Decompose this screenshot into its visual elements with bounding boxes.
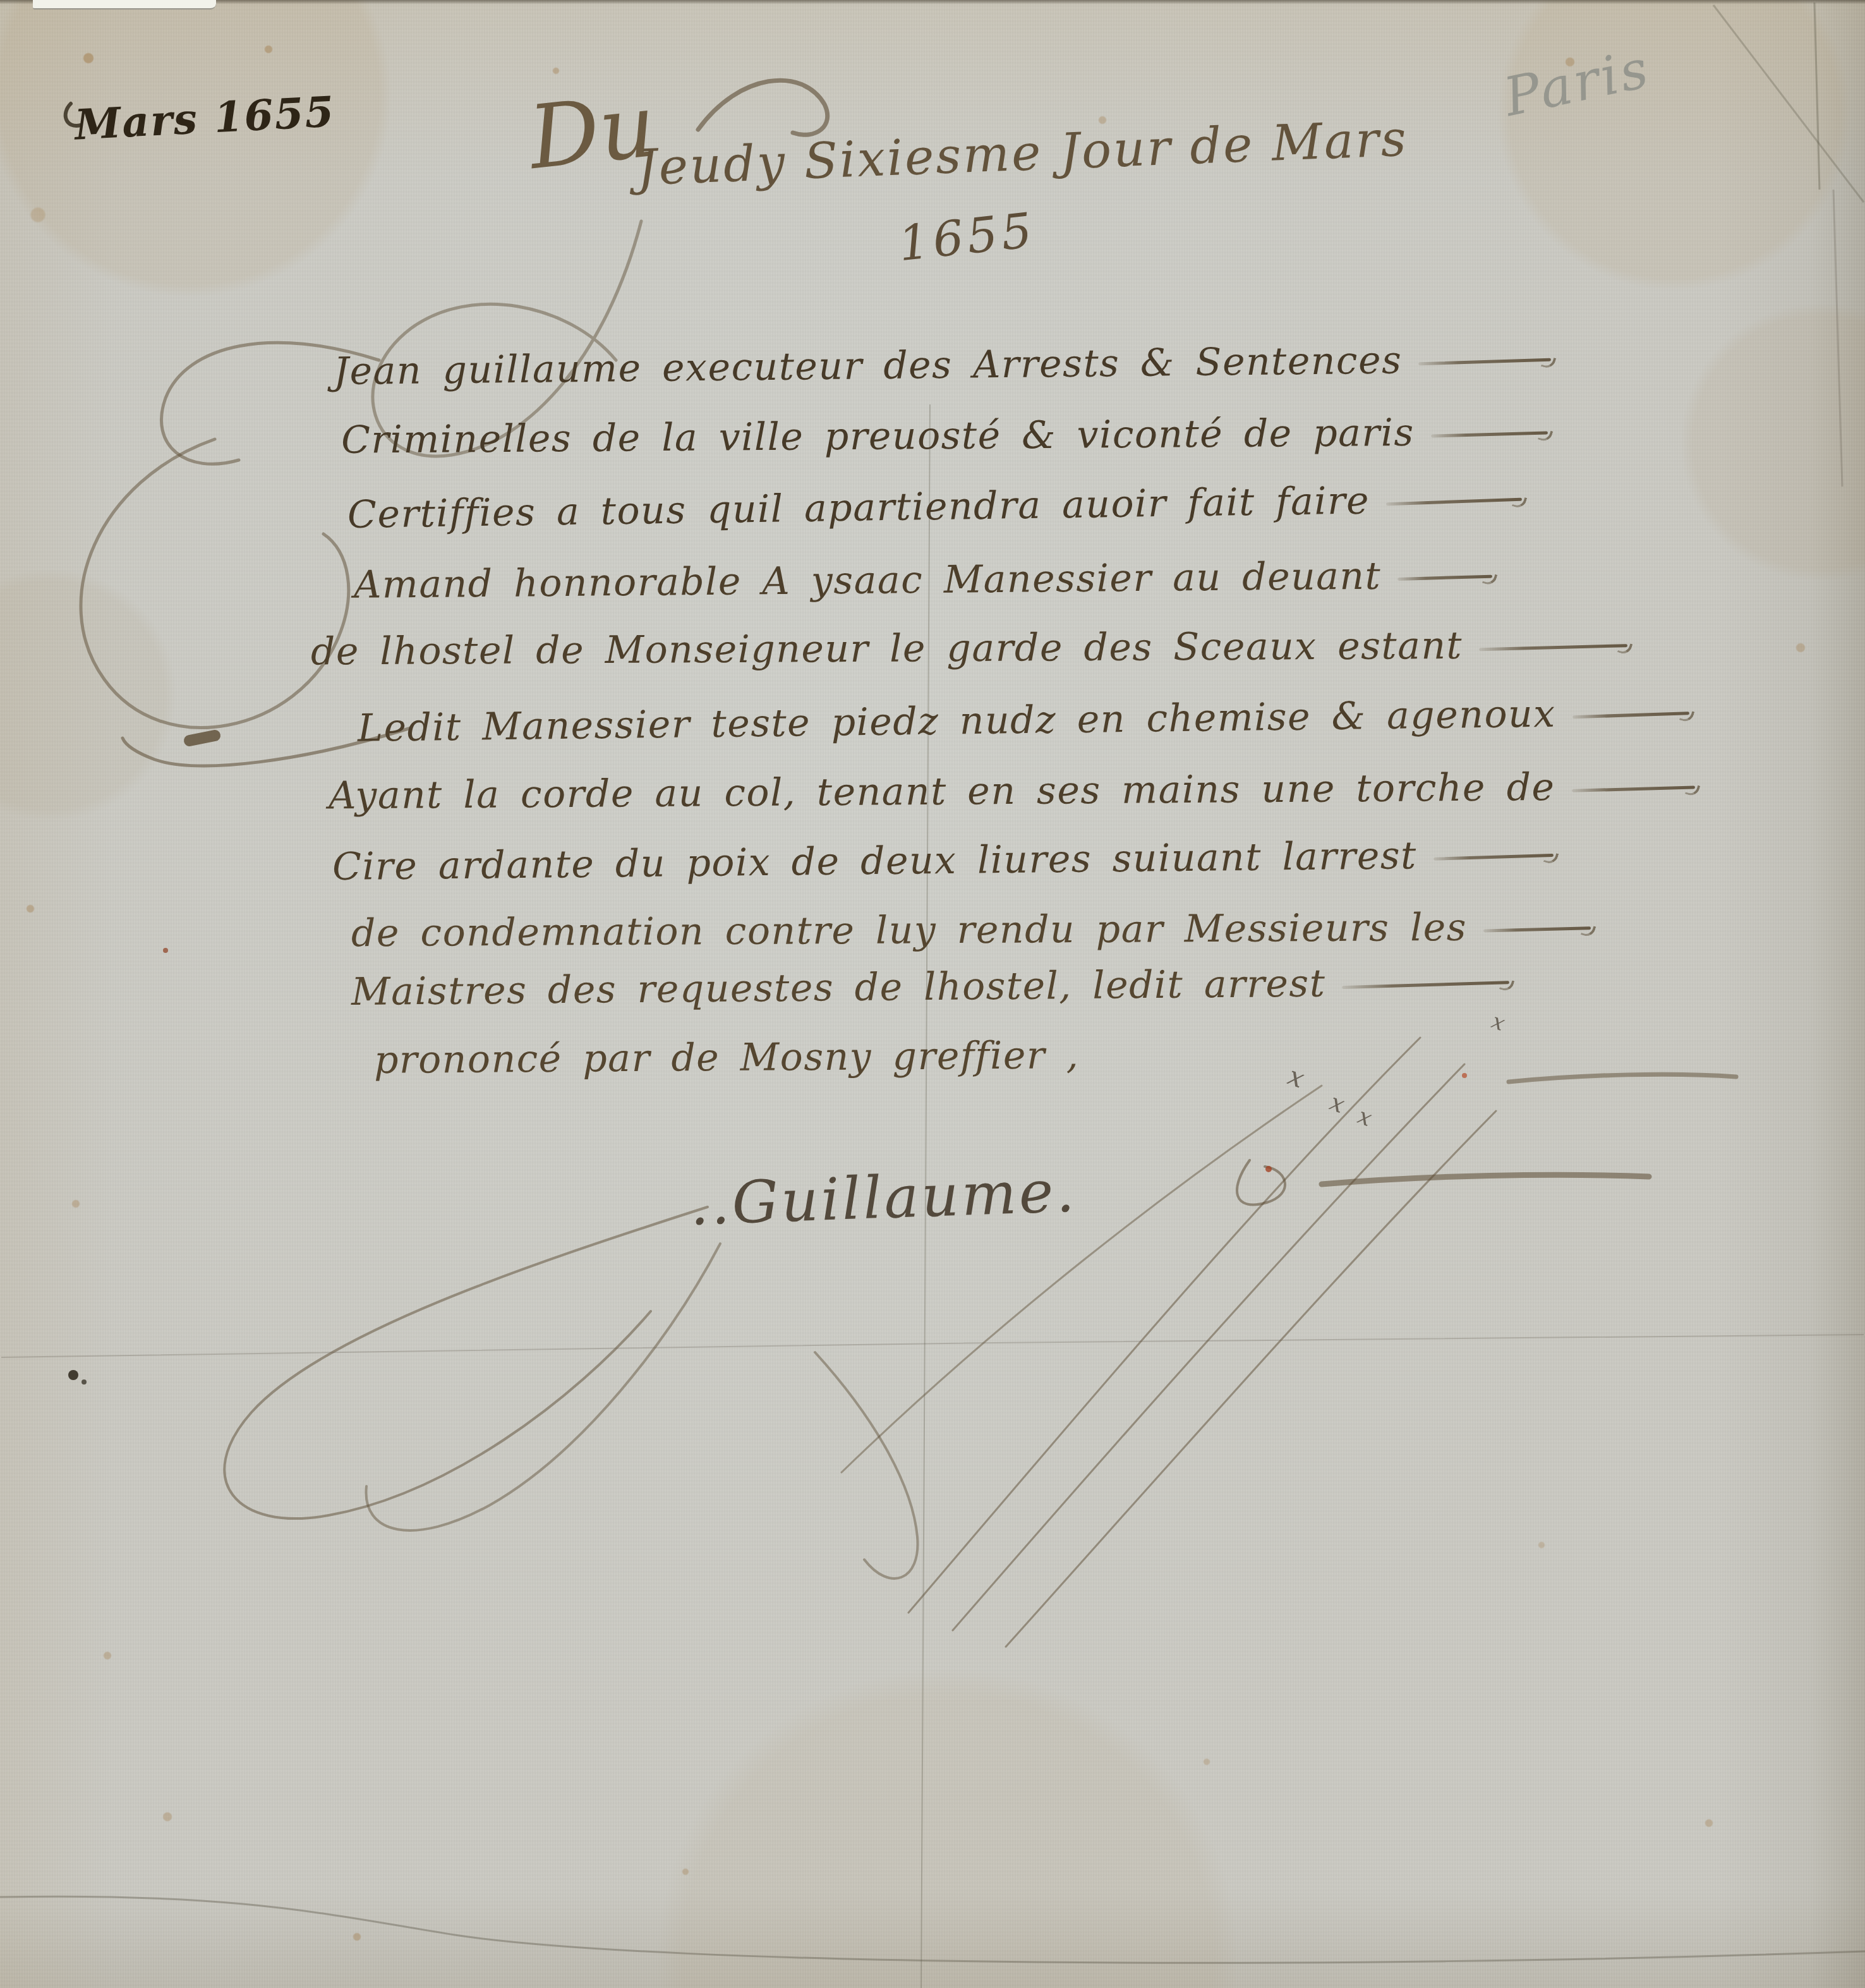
paraph-diagonal-1 [908, 1038, 1420, 1613]
signature-block: ..Guillaume. [689, 1157, 1078, 1238]
signature-suffix-dot: . [1054, 1157, 1078, 1225]
line-text: Maistres des requestes de lhostel, ledit… [351, 962, 1326, 1014]
line-end-dash [1571, 785, 1694, 792]
fold-crease-bottom [0, 1896, 1865, 1963]
paraph-zigzag [1237, 1160, 1285, 1204]
signature-curl-right [815, 1352, 917, 1579]
paper-top-edge [0, 0, 1865, 4]
signature-prefix-dots: .. [689, 1169, 733, 1238]
right-edge-line-1 [1814, 3, 1820, 190]
ink-blot [68, 1370, 78, 1380]
signature-oval-1 [224, 1207, 708, 1518]
signature-name: Guillaume [731, 1158, 1057, 1237]
line-end-dash [1431, 431, 1548, 437]
rust-dot-2 [163, 948, 168, 953]
manuscript-line: Amand honnorable A ysaac Manessier au de… [354, 553, 1493, 607]
ink-blob-tail [190, 736, 215, 741]
line-end-dash [1386, 498, 1522, 506]
paraph-dash-long-1 [1322, 1175, 1649, 1184]
line-text: Ledit Manessier teste piedz nudz en chem… [358, 692, 1556, 751]
line-text: Ayant la corde au col, tenant en ses mai… [329, 765, 1555, 818]
heading-year: 1655 [896, 202, 1039, 272]
manuscript-line: de lhostel de Monseigneur le garde des S… [311, 623, 1627, 674]
manuscript-line: de condemnation contre luy rendu par Mes… [351, 905, 1591, 955]
line-text: Amand honnorable A ysaac Manessier au de… [354, 554, 1382, 607]
heading-text: Jeudy Sixiesme Jour de Mars [636, 111, 1409, 197]
line-text: Criminelles de la ville preuosté & vicon… [341, 411, 1415, 463]
manuscript-line: Cire ardante du poix de deux liures suiu… [332, 832, 1554, 889]
manuscript-line: prononcé par de Mosny greffier , [374, 1033, 1080, 1082]
fold-crease-horizontal [1, 1335, 1864, 1357]
line-end-dash [1572, 712, 1689, 718]
line-end-dash [1483, 926, 1591, 932]
signature-oval-2 [366, 1244, 720, 1530]
line-text: de condemnation contre luy rendu par Mes… [351, 906, 1467, 955]
ink-blot-small [81, 1379, 87, 1385]
pencil-place-annotation: Paris [1499, 37, 1655, 128]
manuscript-line: Certiffies a tous quil apartiendra auoir… [347, 476, 1523, 537]
line-text: Cire ardante du poix de deux liures suiu… [332, 833, 1417, 889]
manuscript-page: Mars 1655 Paris Du Jeudy Sixiesme Jour d… [0, 0, 1865, 1988]
line-end-dash [1433, 854, 1554, 861]
paraph-diagonal-3 [1006, 1111, 1496, 1647]
paraph-diagonal-2 [953, 1064, 1464, 1630]
manuscript-line: Jean guillaume executeur des Arrests & S… [334, 337, 1552, 394]
manuscript-line: Ayant la corde au col, tenant en ses mai… [329, 764, 1695, 818]
line-text: Jean guillaume executeur des Arrests & S… [334, 338, 1403, 394]
line-end-dash [1418, 358, 1551, 366]
document-body: Jean guillaume executeur des Arrests & S… [297, 325, 1674, 1122]
line-text: Certiffies a tous quil apartiendra auoir… [347, 478, 1370, 537]
corner-crease-diagonal [1713, 5, 1864, 202]
line-end-dash [1397, 575, 1492, 581]
manuscript-line: Ledit Manessier teste piedz nudz en chem… [358, 690, 1689, 751]
heading-du-wave [698, 80, 828, 135]
paper-edge-sliver [33, 0, 216, 9]
line-text: prononcé par de Mosny greffier , [374, 1033, 1080, 1082]
rust-dot-1 [1265, 1166, 1272, 1172]
line-end-dash [1479, 644, 1627, 651]
manuscript-line: Criminelles de la ville preuosté & vicon… [341, 409, 1548, 462]
paraph-diagonal-4 [842, 1086, 1322, 1472]
line-text: de lhostel de Monseigneur le garde des S… [311, 624, 1463, 674]
marginal-date-annotation: Mars 1655 [73, 87, 336, 149]
right-edge-line-2 [1833, 190, 1842, 487]
line-end-dash [1342, 981, 1509, 989]
manuscript-line: Maistres des requestes de lhostel, ledit… [351, 960, 1510, 1014]
